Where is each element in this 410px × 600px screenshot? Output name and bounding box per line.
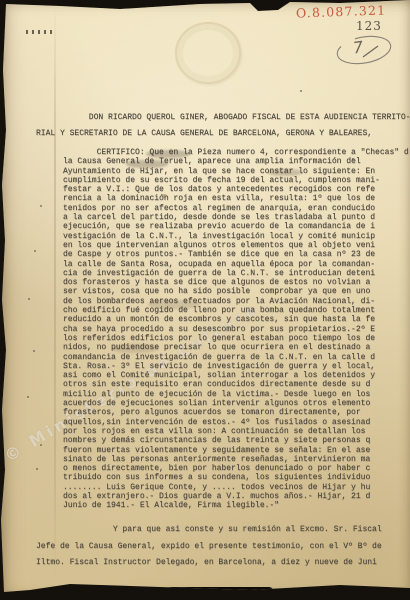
ink-marks — [26, 30, 54, 34]
paper-fold-crease — [54, 0, 56, 586]
paper-speck — [40, 444, 42, 446]
paper-speck — [28, 298, 30, 300]
paper-speck — [40, 205, 42, 207]
document-heading: DON RICARDO QUEROL GINER, ABOGADO FISCAL… — [36, 110, 410, 141]
paper-smudge — [268, 169, 302, 176]
reference-number-stamp: O.8.087.321 — [296, 2, 387, 20]
document-closing-text: Y para que asi conste y su remisión al E… — [36, 522, 382, 572]
paper-speck — [34, 250, 36, 252]
paper-speck — [352, 158, 354, 160]
paper-speck — [36, 468, 38, 470]
embossed-seal — [175, 22, 241, 84]
paper-stain — [162, 194, 167, 198]
pencil-circle-icon — [333, 33, 397, 67]
paper-speck — [27, 396, 29, 398]
paper-speck — [33, 350, 35, 352]
handwritten-folio-annotation: 7 — [333, 33, 397, 67]
next-page-edge — [166, 587, 274, 600]
paper-smudge — [146, 150, 190, 158]
paper-smudge — [112, 344, 158, 353]
paper-smudge — [148, 300, 200, 309]
paper-smudge — [126, 160, 168, 168]
paper-speck — [300, 90, 302, 92]
document-photo: © Ministerio de Cultura O.8.087.321 123 … — [0, 0, 410, 600]
document-body-text: CERTIFICO: Que en la Pieza numero 4, cor… — [63, 148, 409, 511]
page-number: 123 — [356, 19, 382, 33]
paper-sheet: © Ministerio de Cultura O.8.087.321 123 … — [0, 0, 410, 600]
